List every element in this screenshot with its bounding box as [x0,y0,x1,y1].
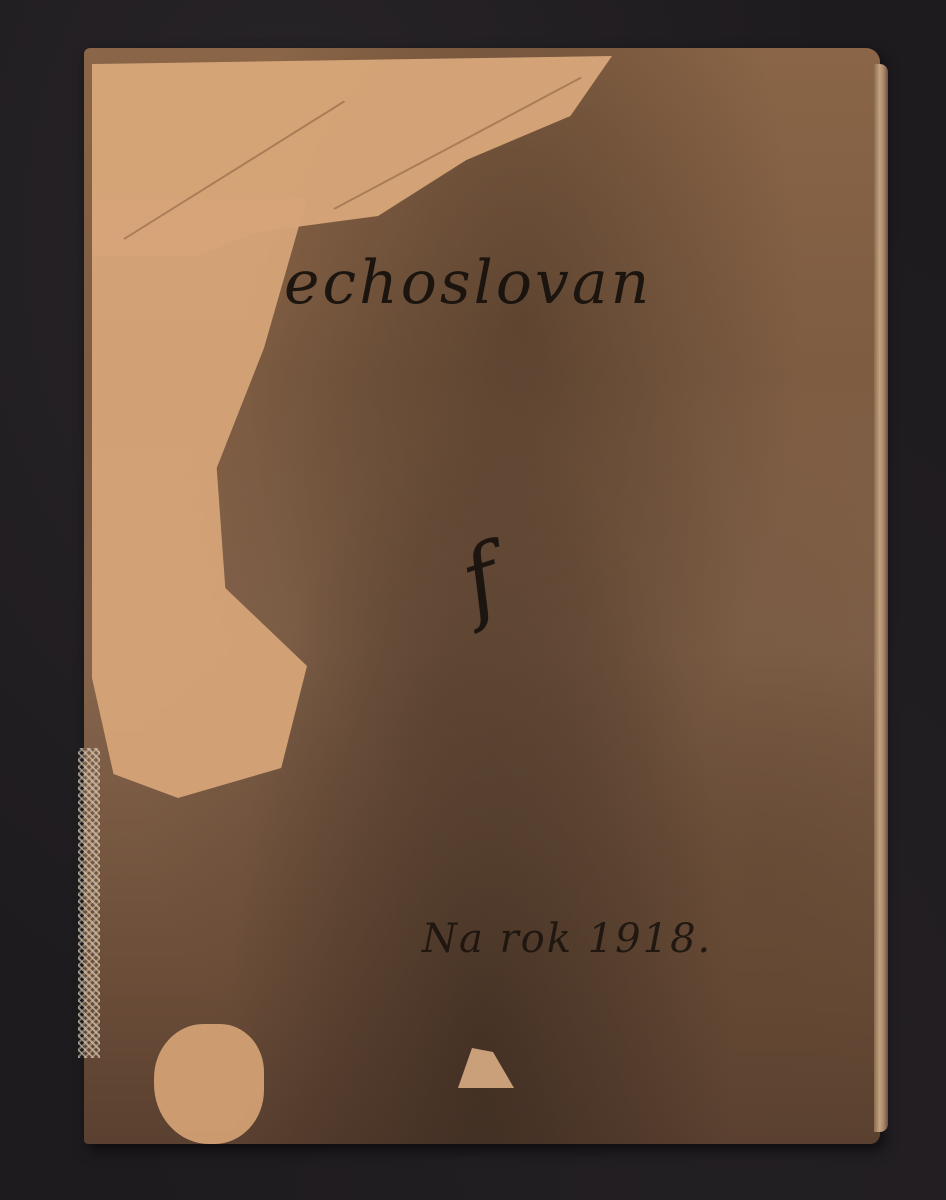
spine-binding-lace [78,748,100,1058]
torn-paper-left [92,198,307,798]
book-cover: echoslovan f Na rok 1918. [84,48,880,1144]
page-edges [874,64,888,1132]
torn-paper-bottom-flap [444,1048,514,1088]
torn-paper-bottom-patch [154,1024,264,1144]
cover-year-line: Na rok 1918. [422,916,712,962]
cover-title: echoslovan [284,248,652,318]
handwritten-mark: f [449,525,513,635]
